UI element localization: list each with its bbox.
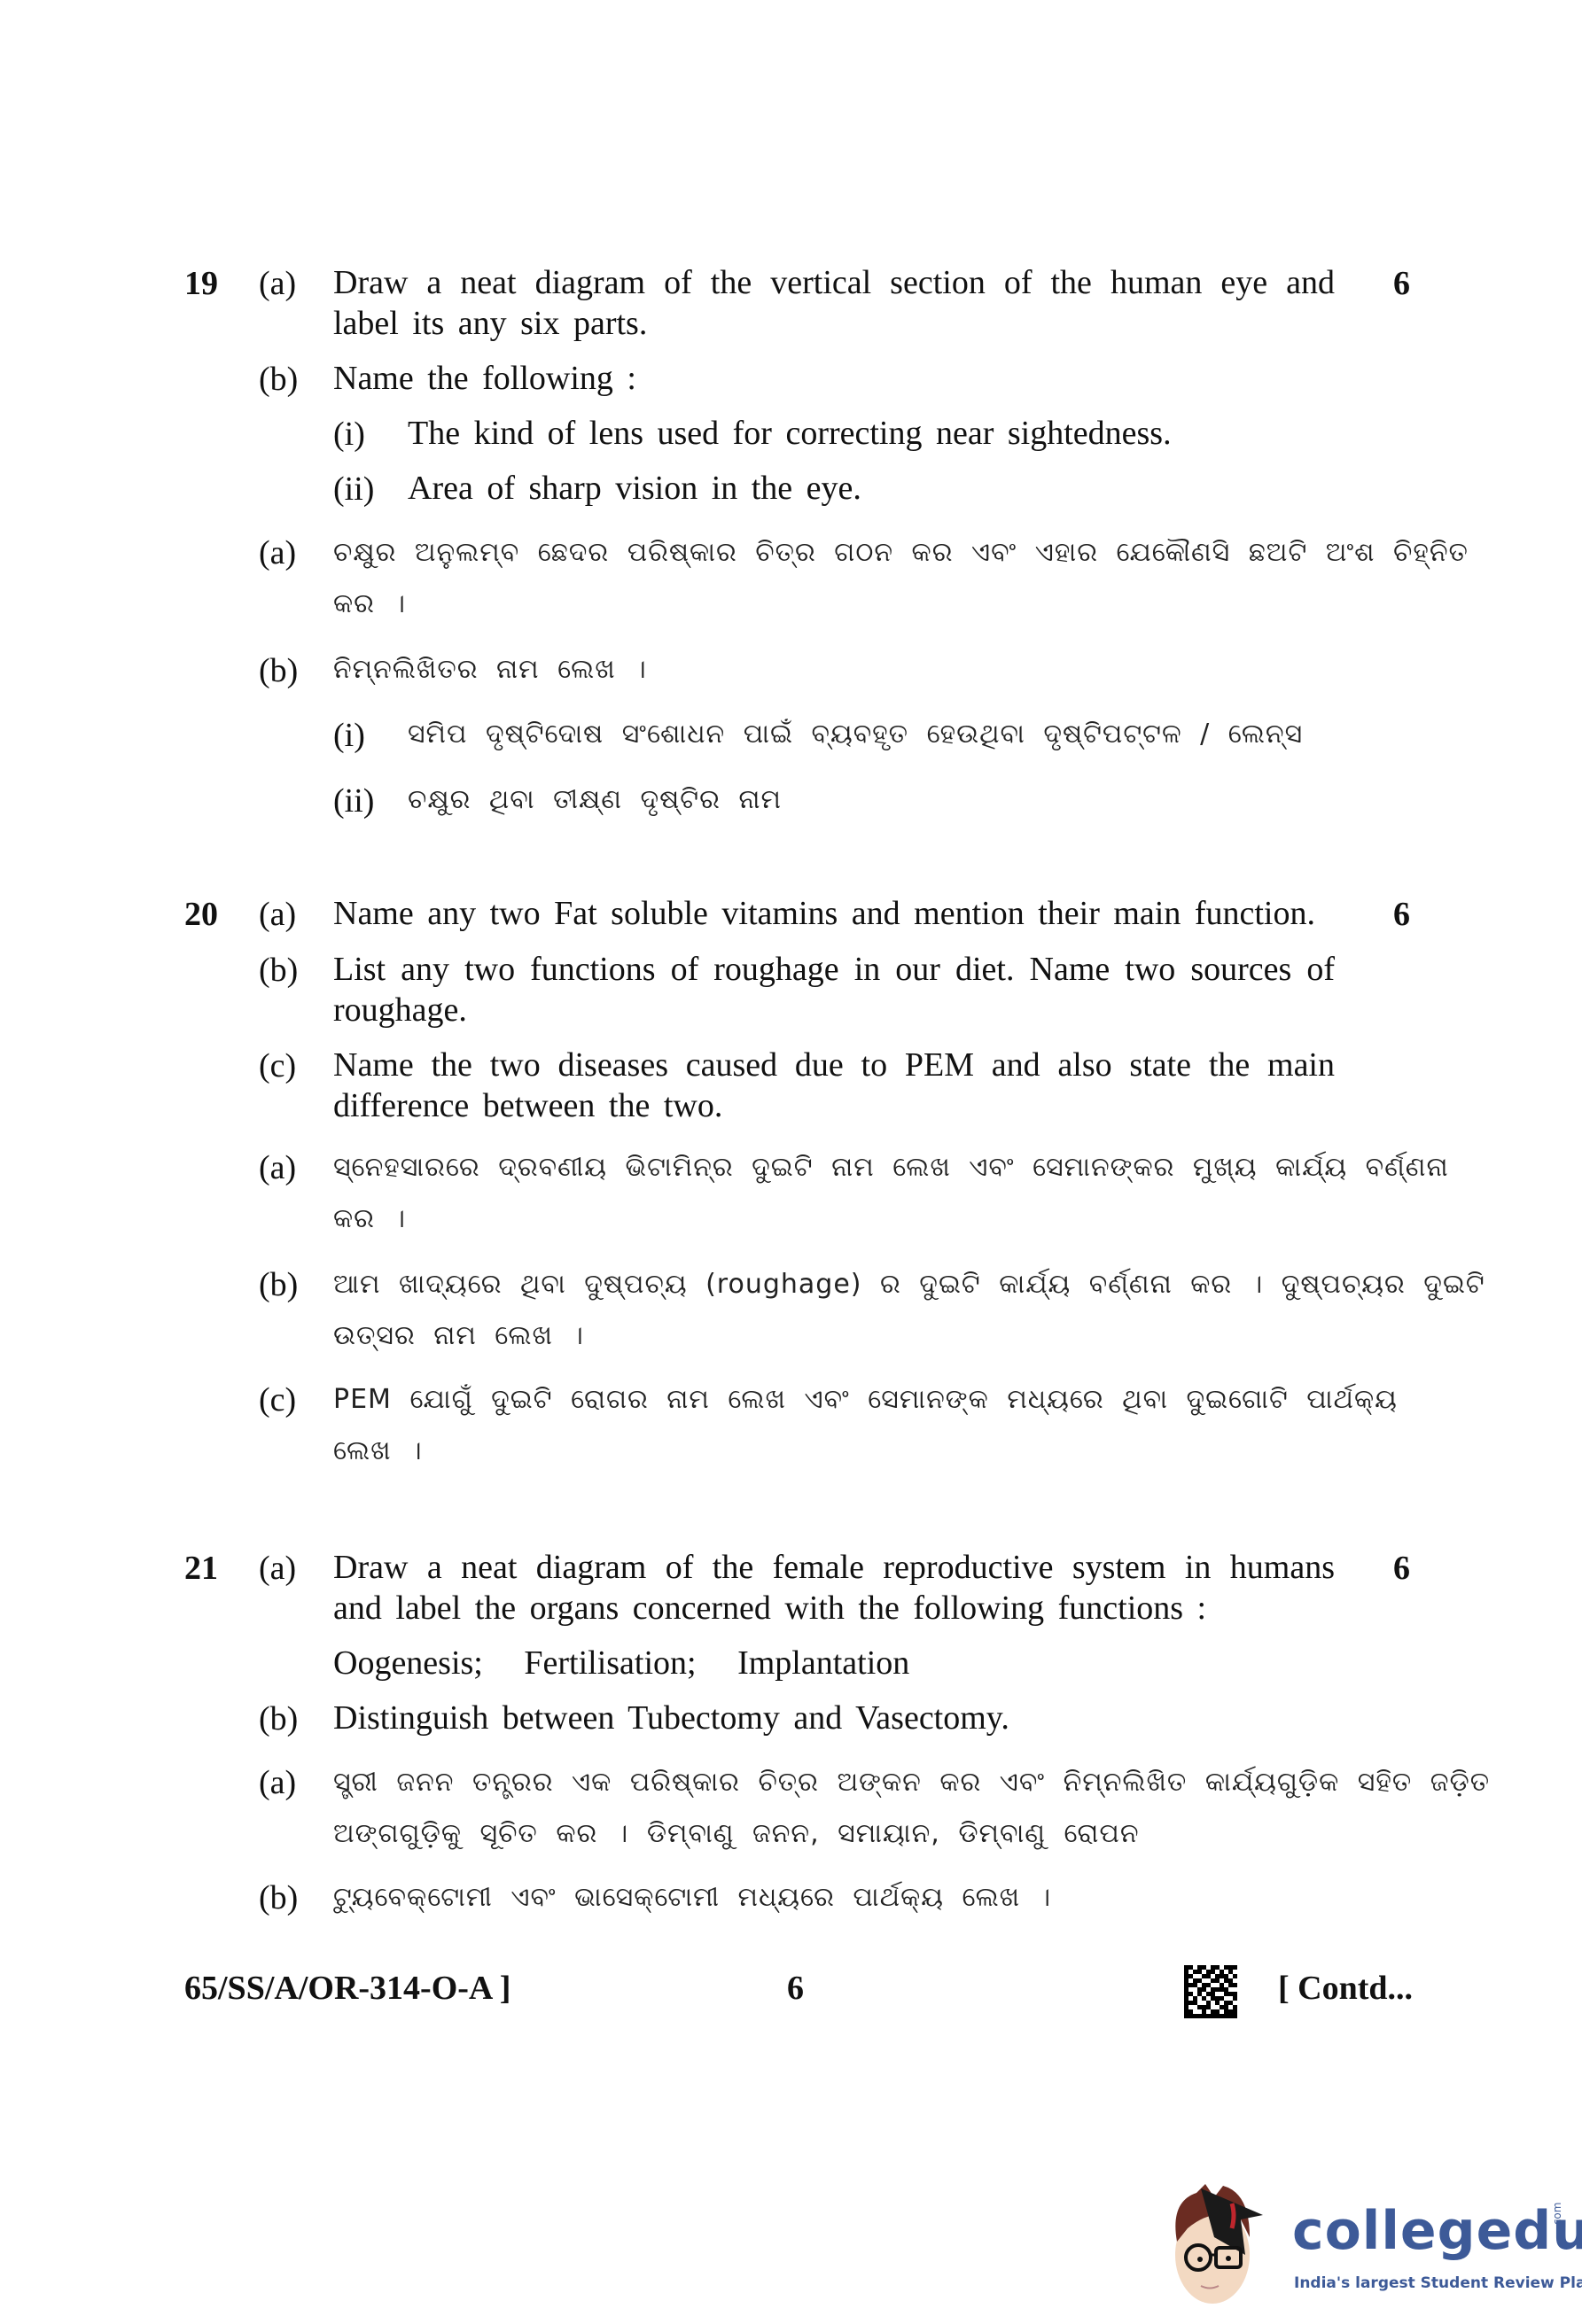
question-text: Name the two diseases caused due to PEM … [333, 1045, 1335, 1126]
question-text: Name any two Fat soluble vitamins and me… [333, 893, 1315, 934]
question-text-odia: ସ୍ତ୍ରୀ ଜନନ ତନ୍ତ୍ରର ଏକ ପରିଷ୍କାର ଚିତ୍ର ଅଙ୍… [333, 1757, 1490, 1860]
text-line: Draw a neat diagram of the female reprod… [333, 1547, 1335, 1588]
part-label: (c) [259, 1046, 296, 1085]
text-line: PEM ଯୋଗୁଁ ଦୁଇଟି ରୋଗର ନାମ ଲେଖ ଏବଂ ସେମାନଙ୍… [333, 1374, 1398, 1426]
text-line: and label the organs concerned with the … [333, 1588, 1335, 1628]
question-text-odia: PEM ଯୋଗୁଁ ଦୁଇଟି ରୋଗର ନାମ ଲେଖ ଏବଂ ସେମାନଙ୍… [333, 1374, 1398, 1477]
page-number: 6 [787, 1969, 804, 2008]
part-label: (a) [259, 533, 296, 572]
text-line: ଅଙ୍ଗଗୁଡ଼ିକୁ ସୂଚିତ କର । ଡିମ୍ବାଣୁ ଜନନ, ସମା… [333, 1808, 1490, 1860]
question-text: Distinguish between Tubectomy and Vasect… [333, 1698, 1009, 1738]
part-label: (b) [259, 1699, 298, 1738]
question-text-odia: ଟ୍ୟୁବେକ୍ଟୋମୀ ଏବଂ ଭାସେକ୍ଟୋମୀ ମଧ୍ୟରେ ପାର୍ଥ… [333, 1872, 1051, 1924]
question-text: List any two functions of roughage in ou… [333, 949, 1335, 1030]
part-label: (b) [259, 360, 298, 399]
text-line: ଆମ ଖାଦ୍ୟରେ ଥିବା ଦୁଷ୍ପଚ୍ୟ (roughage) ର ଦୁ… [333, 1259, 1485, 1310]
text-line: କର । [333, 1193, 1449, 1245]
question-text-odia: ନିମ୍ନଲିଖିତର ନାମ ଲେଖ । [333, 644, 647, 696]
subpart-label: (i) [333, 415, 365, 454]
part-label: (a) [259, 1549, 296, 1588]
question-marks: 6 [1393, 1549, 1410, 1588]
text-line: ସ୍ତ୍ରୀ ଜନନ ତନ୍ତ୍ରର ଏକ ପରିଷ୍କାର ଚିତ୍ର ଅଙ୍… [333, 1757, 1490, 1808]
text-line: ଚକ୍ଷୁର ଅନୁଲମ୍ବ ଛେଦର ପରିଷ୍କାର ଚିତ୍ର ଗଠନ କ… [333, 527, 1469, 579]
part-label: (b) [259, 951, 298, 990]
part-label: (a) [259, 895, 296, 934]
brand-tagline: India's largest Student Review Platform [1294, 2274, 1582, 2292]
text-line: Name the two diseases caused due to PEM … [333, 1045, 1335, 1085]
question-marks: 6 [1393, 264, 1410, 303]
text-line: ସ୍ନେହସାରରେ ଦ୍ରବଣୀୟ ଭିଟାମିନ୍‌ର ଦୁଇଟି ନାମ … [333, 1142, 1449, 1193]
part-label: (a) [259, 1763, 296, 1802]
question-text-odia: ଚକ୍ଷୁର ଥିବା ତୀକ୍ଷ୍ଣ ଦୃଷ୍ଟିର ନାମ [408, 774, 782, 826]
text-line: Draw a neat diagram of the vertical sect… [333, 262, 1335, 303]
subpart-label: (i) [333, 716, 365, 755]
question-text: Draw a neat diagram of the vertical sect… [333, 262, 1335, 344]
part-label: (c) [259, 1380, 296, 1419]
subpart-label: (ii) [333, 781, 374, 820]
question-text-odia: ସମିପ ଦୃଷ୍ଟିଦୋଷ ସଂଶୋଧନ ପାଇଁ ବ୍ୟବହୃତ ହେଉଥି… [408, 709, 1303, 760]
question-text-odia: ସ୍ନେହସାରରେ ଦ୍ରବଣୀୟ ଭିଟାମିନ୍‌ର ଦୁଇଟି ନାମ … [333, 1142, 1449, 1245]
question-text: The kind of lens used for correcting nea… [408, 413, 1172, 454]
brand-name: collegedunia [1292, 2200, 1582, 2262]
brand-suffix: .com [1551, 2203, 1563, 2228]
part-label: (a) [259, 1148, 296, 1187]
part-label: (a) [259, 264, 296, 303]
text-line: difference between the two. [333, 1085, 1335, 1126]
text-line: Oogenesis; Fertilisation; Implantation [333, 1643, 1335, 1683]
question-text: Draw a neat diagram of the female reprod… [333, 1547, 1335, 1683]
part-label: (b) [259, 1878, 298, 1917]
subpart-label: (ii) [333, 470, 374, 509]
question-text-odia: ଆମ ଖାଦ୍ୟରେ ଥିବା ଦୁଷ୍ପଚ୍ୟ (roughage) ର ଦୁ… [333, 1259, 1485, 1362]
part-label: (b) [259, 1265, 298, 1304]
datamatrix-code-icon [1184, 1965, 1237, 2018]
question-number: 19 [184, 264, 218, 303]
continued-label: [ Contd... [1278, 1969, 1413, 2008]
text-line: roughage. [333, 990, 1335, 1030]
text-line: ଲେଖ । [333, 1426, 1398, 1477]
text-line: label its any six parts. [333, 303, 1335, 344]
question-number: 20 [184, 895, 218, 934]
part-label: (b) [259, 651, 298, 690]
question-text: Area of sharp vision in the eye. [408, 468, 861, 509]
question-marks: 6 [1393, 895, 1410, 934]
collegedunia-watermark: collegedunia .com India's largest Studen… [1161, 2166, 1569, 2317]
mascot-icon [1161, 2166, 1276, 2312]
text-line: ଉତ୍ସର ନାମ ଲେଖ । [333, 1310, 1485, 1362]
question-text-odia: ଚକ୍ଷୁର ଅନୁଲମ୍ବ ଛେଦର ପରିଷ୍କାର ଚିତ୍ର ଗଠନ କ… [333, 527, 1469, 630]
question-number: 21 [184, 1549, 218, 1588]
text-line: କର । [333, 579, 1469, 630]
question-text: Name the following : [333, 358, 636, 399]
paper-code: 65/SS/A/OR-314-O-A ] [184, 1969, 510, 2008]
text-line: List any two functions of roughage in ou… [333, 949, 1335, 990]
